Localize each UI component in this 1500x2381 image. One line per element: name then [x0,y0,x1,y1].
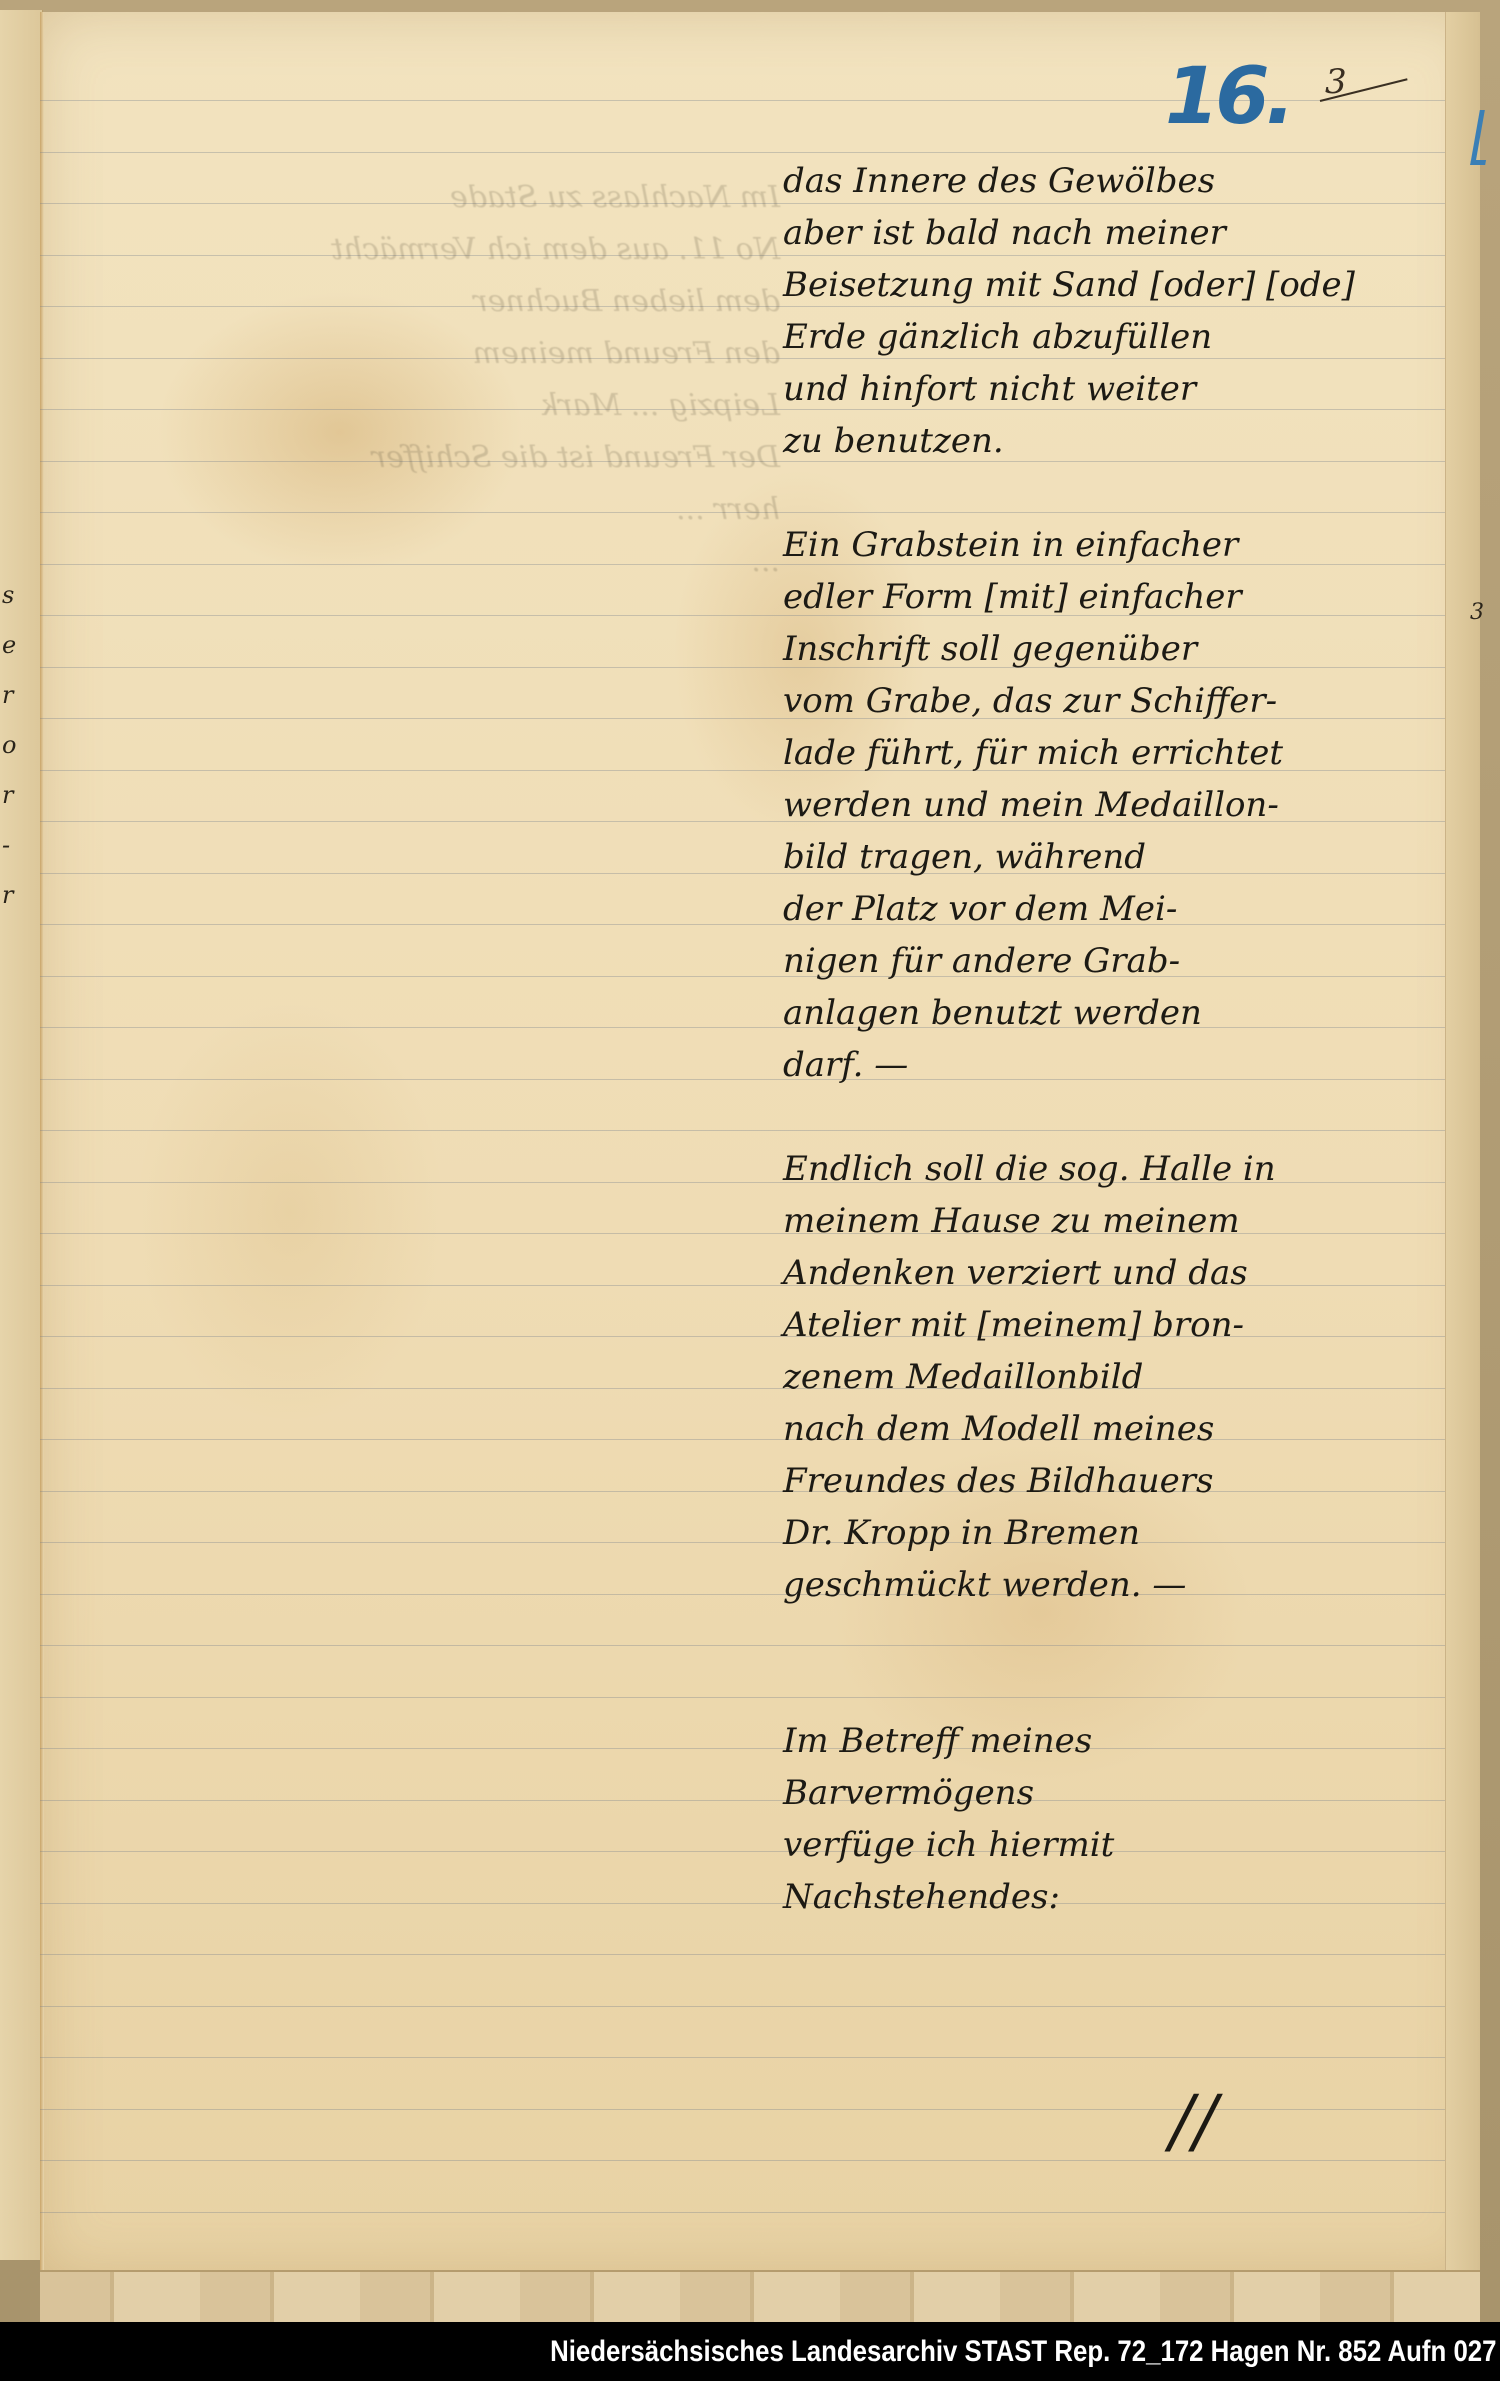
ruled-line [40,1954,1445,1955]
text-line: darf. — [783,1039,1423,1091]
ruled-line [40,2212,1445,2213]
ghost-line: herr ... [140,484,780,536]
ruled-line [40,2160,1445,2161]
right-page-edge [1445,12,1480,2277]
ghost-line: ... [140,536,780,588]
fragment: - [2,820,32,870]
text-line: Freundes des Bildhauers [783,1455,1423,1507]
text-line: edler Form [mit] einfacher [783,571,1423,623]
bleed-through-text: Im Nachlass zu Stade No 11. aus dem ich … [140,172,780,588]
fragment: r [2,870,32,920]
text-line: lade führt, für mich errichtet [783,727,1423,779]
archive-caption-text: Niedersächsisches Landesarchiv STAST Rep… [550,2322,1496,2381]
text-line: geschmückt werden. — [783,1559,1423,1611]
ghost-line: Leipzig ... Mark [140,380,780,432]
right-margin-note: 3 [1470,600,1484,625]
fragment: s [2,570,32,620]
fragment: r [2,770,32,820]
text-line: vom Grabe, das zur Schiffer- [783,675,1423,727]
page-fold [40,12,44,2277]
fragment: o [2,720,32,770]
closing-mark: // [1170,2080,1217,2162]
text-line: das Innere des Gewölbes [783,155,1423,207]
archive-caption-bar: Niedersächsisches Landesarchiv STAST Rep… [0,2322,1500,2381]
ghost-line: Der Freund ist die Schiffer [140,432,780,484]
text-line: Barvermögens [783,1767,1423,1819]
text-line: Im Betreff meines [783,1715,1423,1767]
text-line: verfüge ich hiermit [783,1819,1423,1871]
document-scan: s e r o r - r Im Nachlass zu Stade No 11… [0,0,1500,2322]
ruled-line [40,2057,1445,2058]
text-line: der Platz vor dem Mei- [783,883,1423,935]
handwritten-text: das Innere des Gewölbesaber ist bald nac… [783,155,1423,1923]
text-line: werden und mein Medaillon- [783,779,1423,831]
text-line: zu benutzen. [783,415,1423,467]
left-page-text-fragments: s e r o r - r [2,570,32,920]
left-facing-page-edge: s e r o r - r [0,10,43,2260]
text-line: zenem Medaillonbild [783,1351,1423,1403]
text-line: bild tragen, während [783,831,1423,883]
text-line: Ein Grabstein in einfacher [783,519,1423,571]
text-line: aber ist bald nach meiner [783,207,1423,259]
ruled-line [40,2006,1445,2007]
blank-line [783,1663,1423,1715]
text-line: Dr. Kropp in Bremen [783,1507,1423,1559]
text-line: Inschrift soll gegenüber [783,623,1423,675]
text-line: Atelier mit [meinem] bron- [783,1299,1423,1351]
folio-number: 16. [1165,52,1291,142]
fragment: e [2,620,32,670]
fragment: r [2,670,32,720]
ghost-line: Im Nachlass zu Stade [140,172,780,224]
blank-line [783,1611,1423,1663]
text-line: meinem Hause zu meinem [783,1195,1423,1247]
text-line: Beisetzung mit Sand [oder] [ode] [783,259,1423,311]
text-line: und hinfort nicht weiter [783,363,1423,415]
blank-line [783,1091,1423,1143]
text-line: Nachstehendes: [783,1871,1423,1923]
blank-line [783,467,1423,519]
text-line: Endlich soll die sog. Halle in [783,1143,1423,1195]
ruled-line [40,152,1445,153]
ghost-line: No 11. aus dem ich Vermächt [140,224,780,276]
ruled-line [40,2109,1445,2110]
text-line: anlagen benutzt werden [783,987,1423,1039]
ghost-line: dem lieben Buchner [140,276,780,328]
text-line: Erde gänzlich abzufüllen [783,311,1423,363]
ghost-line: den Freund meinem [140,328,780,380]
text-line: Andenken verziert und das [783,1247,1423,1299]
stacked-page-edges [40,2270,1480,2322]
text-line: nigen für andere Grab- [783,935,1423,987]
text-line: nach dem Modell meines [783,1403,1423,1455]
